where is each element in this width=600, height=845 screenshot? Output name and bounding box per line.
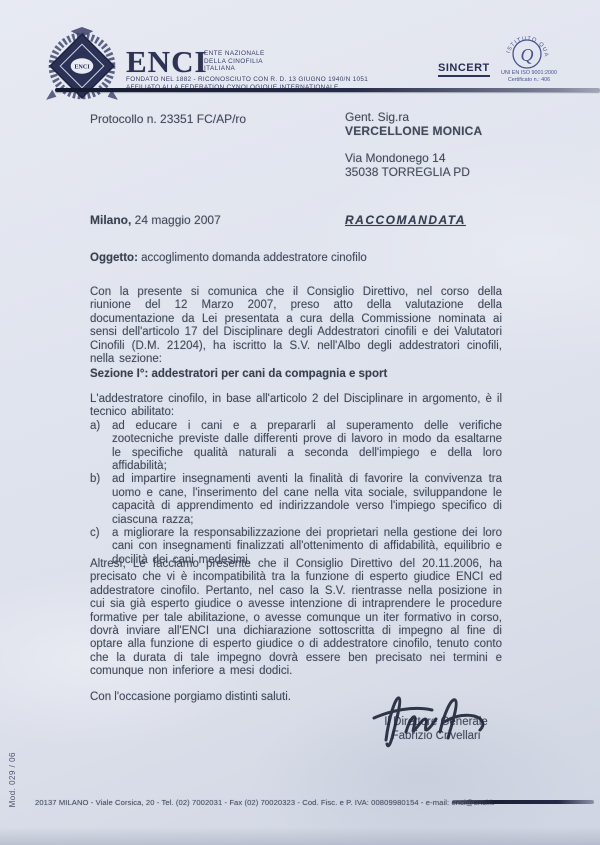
sincert-logo: SINCERT bbox=[438, 62, 490, 77]
org-wordmark: ENCI bbox=[126, 46, 208, 77]
enci-emblem-logo-icon: ENCI bbox=[42, 26, 122, 106]
recipient-city: 35038 TORREGLIA PD bbox=[345, 165, 482, 179]
paragraph-duties: L'addestratore cinofilo, in base all'art… bbox=[90, 393, 502, 567]
list-item-a: a) ad educare i cani e a prepararli al s… bbox=[90, 420, 502, 474]
footer-bar bbox=[452, 800, 594, 804]
dateline-place: Milano, bbox=[90, 213, 131, 227]
subject-text: accoglimento domanda addestratore cinofi… bbox=[138, 252, 367, 264]
footer-address: 20137 MILANO - Viale Corsica, 20 - Tel. … bbox=[35, 798, 494, 807]
dateline: Milano, 24 maggio 2007 bbox=[90, 213, 221, 227]
svg-text:ENCI: ENCI bbox=[74, 65, 90, 71]
list-marker: a) bbox=[90, 420, 112, 474]
delivery-mode-label: RACCOMANDATA bbox=[345, 213, 466, 227]
section-heading: Sezione I°: addestratori per cani da com… bbox=[90, 368, 387, 380]
scanned-letter-page: ENCI ENCI ENTE NAZIONALE DELLA CINOFILIA… bbox=[0, 0, 600, 845]
duties-intro: L'addestratore cinofilo, in base all'art… bbox=[90, 393, 502, 420]
list-item-b: b) ad impartire insegnamenti aventi la f… bbox=[90, 473, 502, 527]
list-text: ad educare i cani e a prepararli al supe… bbox=[112, 420, 502, 474]
recipient-name: VERCELLONE MONICA bbox=[345, 124, 482, 138]
quality-cert-text: UNI EN ISO 9001:2000 Certificato n.: 406 bbox=[484, 70, 574, 83]
spacer bbox=[345, 138, 482, 151]
recipient-salutation: Gent. Sig.ra bbox=[345, 110, 482, 124]
handwritten-signature bbox=[352, 688, 502, 750]
header-divider bbox=[55, 88, 600, 92]
recipient-block: Gent. Sig.ra VERCELLONE MONICA Via Mondo… bbox=[345, 110, 482, 179]
paragraph-intro: Con la presente si comunica che il Consi… bbox=[90, 286, 502, 366]
paragraph-incompatibility: Altresì, Le facciamo presente che il Con… bbox=[90, 558, 502, 679]
subject-label: Oggetto: bbox=[90, 252, 138, 264]
org-subtitle: ENTE NAZIONALE DELLA CINOFILIA ITALIANA bbox=[204, 50, 265, 73]
svg-text:Q: Q bbox=[521, 45, 534, 65]
form-model-label: Mod. 029 / 06 bbox=[8, 752, 17, 807]
dateline-date: 24 maggio 2007 bbox=[131, 213, 220, 227]
quality-stamp-icon: Q ISTITUTO QUALITÀ bbox=[496, 32, 558, 74]
protocol-number: Protocollo n. 23351 FC/AP/ro bbox=[90, 112, 246, 126]
list-text: ad impartire insegnamenti aventi la fina… bbox=[112, 473, 502, 527]
list-marker: b) bbox=[90, 473, 112, 527]
closing-line: Con l'occasione porgiamo distinti saluti… bbox=[90, 691, 291, 704]
subject-line: Oggetto: accoglimento domanda addestrato… bbox=[90, 252, 367, 264]
recipient-street: Via Mondonego 14 bbox=[345, 151, 482, 165]
